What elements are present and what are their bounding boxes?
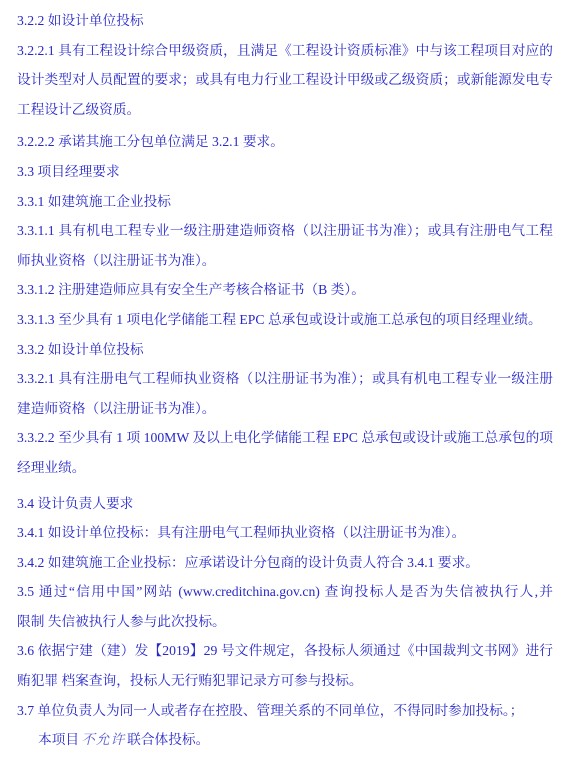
final-line-suffix: 联合体投标。 xyxy=(127,732,209,747)
doc-line-02: 3.2.2.1 具有工程设计综合甲级资质，且满足《工程设计资质标准》中与该工程项… xyxy=(17,36,553,66)
doc-line-12: 3.3.2 如设计单位投标 xyxy=(17,335,553,365)
doc-line-19: 3.4.2 如建筑施工企业投标：应承诺设计分包商的设计负责人符合 3.4.1 要… xyxy=(17,548,553,578)
doc-line-15: 3.3.2.2 至少具有 1 项 100MW 及以上电化学储能工程 EPC 总承… xyxy=(17,423,553,453)
doc-line-14: 建造师资格（以注册证书为准）。 xyxy=(17,394,553,424)
doc-line-24: 3.7 单位负责人为同一人或者存在控股、管理关系的不同单位，不得同时参加投标。； xyxy=(17,696,553,726)
no-consortium-emphasis: 不允许 xyxy=(79,732,127,747)
doc-line-11: 3.3.1.3 至少具有 1 项电化学储能工程 EPC 总承包或设计或施工总承包… xyxy=(17,305,553,335)
doc-line-07: 3.3.1 如建筑施工企业投标 xyxy=(17,187,553,217)
doc-line-23: 贿犯罪 档案查询，投标人无行贿犯罪记录方可参与投标。 xyxy=(17,666,553,696)
doc-line-06: 3.3 项目经理要求 xyxy=(17,157,553,187)
doc-line-01: 3.2.2 如设计单位投标 xyxy=(17,6,553,36)
final-line-prefix: 本项目 xyxy=(38,732,79,747)
doc-line-17: 3.4 设计负责人要求 xyxy=(17,489,553,519)
doc-line-08: 3.3.1.1 具有机电工程专业一级注册建造师资格（以注册证书为准）；或具有注册… xyxy=(17,216,553,246)
doc-line-04: 工程设计乙级资质。 xyxy=(17,95,553,125)
doc-line-21: 限制 失信被执行人参与此次投标。 xyxy=(17,607,553,637)
doc-line-13: 3.3.2.1 具有注册电气工程师执业资格（以注册证书为准）；或具有机电工程专业… xyxy=(17,364,553,394)
document-page: 3.2.2 如设计单位投标 3.2.2.1 具有工程设计综合甲级资质，且满足《工… xyxy=(0,0,569,763)
doc-final-line: 本项目不允许联合体投标。 xyxy=(17,725,553,755)
doc-line-22: 3.6 依据宁建（建）发【2019】29 号文件规定，各投标人须通过《中国裁判文… xyxy=(17,636,553,666)
doc-line-09: 师执业资格（以注册证书为准）。 xyxy=(17,246,553,276)
doc-line-03: 设计类型对人员配置的要求；或具有电力行业工程设计甲级或乙级资质；或新能源发电专业 xyxy=(17,65,553,95)
doc-line-20: 3.5 通过“信用中国”网站 (www.creditchina.gov.cn) … xyxy=(17,577,553,607)
doc-line-05: 3.2.2.2 承诺其施工分包单位满足 3.2.1 要求。 xyxy=(17,127,553,157)
doc-line-10: 3.3.1.2 注册建造师应具有安全生产考核合格证书（B 类）。 xyxy=(17,275,553,305)
doc-line-16: 经理业绩。 xyxy=(17,453,553,483)
doc-line-18: 3.4.1 如设计单位投标：具有注册电气工程师执业资格（以注册证书为准）。 xyxy=(17,518,553,548)
